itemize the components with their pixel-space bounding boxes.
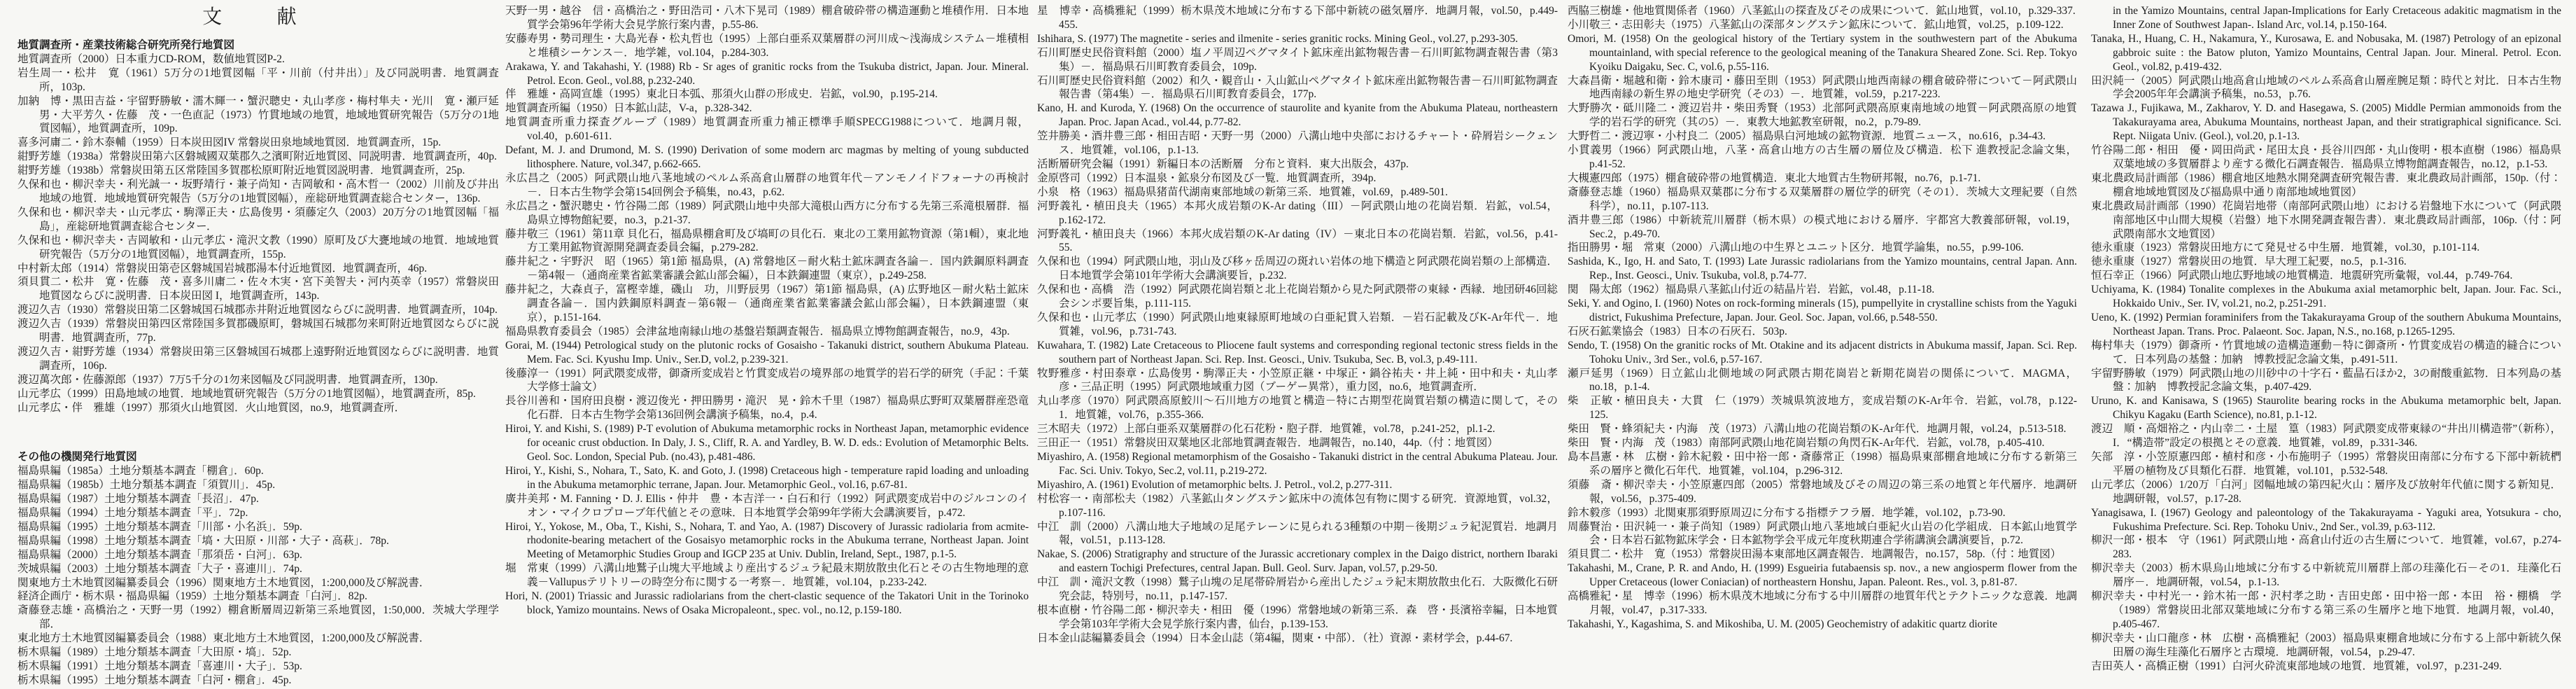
reference-entry: 大森昌衛・堀越和衛・鈴木康司・藤田至則（1953）阿武隈山地西南縁の棚倉破砕帯に… (1568, 74, 2077, 102)
column-4: 西脇三樹雄・他地質関係者（1960）八茎鉱山の探査及びその成果について．鉱山地質… (1568, 0, 2077, 689)
reference-entry: 久保和也・柳沢幸夫・吉岡敏和・山元孝広・滝沢文教（1990）原町及び大甕地域の地… (17, 234, 499, 262)
reference-entry: Gorai, M. (1944) Petrological study on t… (505, 339, 1029, 367)
reference-entry: 長谷川善和・国府田良樹・渡辺俊光・押田勝男・滝沢 晃・鈴木千里（1987）福島県… (505, 394, 1029, 422)
reference-entry: 岩生周一・松井 寛（1961）5万分の1地質図幅「平・川前（付井出）」及び同説明… (17, 67, 499, 95)
reference-entry: 星 博幸・高橋雅紀（1999）栃木県茂木地域に分布する下部中新統の磁気層序．地調… (1037, 4, 1558, 32)
reference-entry: 地質調査所（2000）日本重力CD-ROM，数値地質図P-2. (17, 53, 499, 67)
reference-entry: 福島県教育委員会（1985）会津盆地南縁山地の基盤岩類調査報告．福島県立博物館調… (505, 325, 1029, 339)
reference-entry: 三田正一（1951）常磐炭田双葉地区北部地質調査報告．地調報告，no.140，4… (1037, 436, 1558, 450)
reference-entry: 伴 雅雄・高岡宣雄（1995）東北日本弧、那須火山群の形成史．岩鉱，vol.90… (505, 88, 1029, 102)
reference-entry: 須貝貫二・松井 寛・佐藤 茂・喜多川庸二・佐々木実・宮下美智夫・河内英幸（195… (17, 275, 499, 303)
reference-entry: Nakae, S. (2006) Stratigraphy and struct… (1037, 548, 1558, 576)
reference-entry: 小貫義男（1966）阿武隈山地，八茎・高倉山地方の古生層の層位及び構造．松下 進… (1568, 144, 2077, 172)
reference-entry: 須貝貫二・松井 寛（1953）常磐炭田湯本東部地区調査報告．地調報告，no.15… (1568, 548, 2077, 562)
reference-entry: 村松容一・南部松夫（1982）八茎鉱山タングステン鉱床中の流体包有物に関する研究… (1037, 492, 1558, 520)
column-5: in the Yamizo Mountains, central Japan-I… (2091, 0, 2561, 689)
reference-entry: 地質調査所重力探査グループ（1989）地質調査所重力補正標準手順SPECG198… (505, 116, 1029, 144)
reference-entry: 渡辺久吉・紺野芳雄（1934）常磐炭田第三区磐城国石城郡上遠野附近地質図ならびに… (17, 345, 499, 373)
reference-entry: 鈴木毅彦（1993）北関東那須野原周辺に分布する指標テフラ層．地学雑，vol.1… (1568, 506, 2077, 520)
reference-entry: 廣井美邦・M. Fanning・D. J. Ellis・仲井 豊・本吉洋一・白石… (505, 492, 1029, 520)
reference-entry: 柳沢一郎・根本 守（1961）阿武隈山地・高倉山付近の古生層について．地質雑，v… (2091, 534, 2561, 562)
reference-entry: 福島県編（2000）土地分類基本調査「那須岳・白河」．63p. (17, 548, 499, 562)
column-2: 天野一男・越谷 信・高橋治之・野田浩司・八木下晃司（1989）棚倉破砕帯の構造運… (505, 0, 1029, 689)
reference-entry: 福島県編（1985b）土地分類基本調査「須賀川」．45p. (17, 478, 499, 492)
reference-entry: 大槻憲四郎（1975）棚倉破砕帯の地質構造．東北大地質古生物研邦報，no.76，… (1568, 172, 2077, 186)
reference-entry: 斎藤登志雄（1960）福島県双葉郡に分布する双葉層群の層位学的研究（その1）．茨… (1568, 186, 2077, 214)
reference-entry: 渡辺久吉（1939）常磐炭田第四区常陸国多賀郡磯原町，磐城国石城郡勿来町附近地質… (17, 317, 499, 345)
reference-entry: 山元孝広（1999）田島地域の地質．地域地質研究報告（5万分の1地質図幅），地質… (17, 387, 499, 401)
reference-entry: 久保和也・柳沢幸夫・利光誠一・坂野靖行・兼子尚知・吉岡敏和・高木哲一（2002）… (17, 178, 499, 206)
reference-entry: 藤井紀之・宇野沢 昭（1965）第1節 福島県，(A) 常磐地区－耐火粘土鉱床調… (505, 255, 1029, 283)
reference-entry: Takahashi, M., Crane, P. R. and Ando, H.… (1568, 562, 2077, 590)
reference-entry: 福島県編（1995）土地分類基本調査「川部・小名浜」．59p. (17, 520, 499, 534)
reference-entry: 福島県編（1985a）土地分類基本調査「棚倉」．60p. (17, 464, 499, 478)
reference-entry: 東北農政局計画部（1990）花崗岩地帯（南部阿武隈山地）における岩盤地下水につい… (2091, 200, 2561, 242)
reference-entry: Defant, M. J. and Drumond, M. S. (1990) … (505, 144, 1029, 172)
column-1: 文 献地質調査所・産業技術総合研究所発行地質図地質調査所（2000）日本重力CD… (17, 0, 499, 689)
reference-entry-continuation: in the Yamizo Mountains, central Japan-I… (2091, 4, 2561, 32)
reference-entry: 東北農政局計画部（1986）棚倉地区地熱水開発調査研究報告書．東北農政局計画部，… (2091, 172, 2561, 200)
page-title: 文 献 (17, 7, 499, 28)
reference-entry: 栃木県編（1991）土地分類基本調査「喜連川・大子」．53p. (17, 660, 499, 674)
reference-entry: 柳沢幸夫・山口龍彦・林 広樹・高橋雅紀（2003）福島県東棚倉地域に分布する上部… (2091, 632, 2561, 660)
reference-entry: 宇留野勝敏（1979）阿武隈山地の川砂中の十字石・藍晶石ほか2，3の耐酸重鉱物．… (2091, 367, 2561, 395)
reference-entry: 柳沢幸夫・中村光一・鈴木祐一郎・沢村孝之助・吉田史郎・田中裕一郎・本田 裕・棚橋… (2091, 590, 2561, 632)
reference-entry: Hiroi, Y., Yokose, M., Oba, T., Kishi, S… (505, 520, 1029, 562)
reference-entry: 藤井敬三（1961）第11章 貝化石，福島県棚倉町及び塙町の貝化石．東北の工業用… (505, 228, 1029, 256)
reference-entry: 柴 正敏・植田良夫・大貫 仁（1979）茨城県筑波地方，変成岩類のK-Ar年令．… (1568, 394, 2077, 422)
reference-entry: 矢部 淳・小笠原憲四郎・植村和彦・小布施明子（1995）常磐炭田南部に分布する下… (2091, 450, 2561, 478)
reference-entry: 福島県編（1994）土地分類基本調査「平」．72p. (17, 506, 499, 520)
reference-entry: 島本昌憲・林 広樹・鈴木紀毅・田中裕一郎・斎藤常正（1998）福島県東部棚倉地域… (1568, 450, 2077, 478)
reference-entry: Sendo, T. (1958) On the granitic rocks o… (1568, 339, 2077, 367)
reference-entry: 久保和也（1994）阿武隈山地，羽山及び移ヶ岳周辺の斑れい岩体の地下構造と阿武隈… (1037, 255, 1558, 283)
reference-entry: 東北地方土木地質図編纂委員会（1988）東北地方土木地質図，1:200,000及… (17, 632, 499, 646)
reference-entry: 吉田英人・高橋正樹（1991）白河火砕流東部地域の地質．地質雑，vol.97，p… (2091, 660, 2561, 674)
reference-entry: 柴田 賢・蜂須紀夫・内海 茂（1973）八溝山地の花崗岩類のK-Ar年代．地調月… (1568, 422, 2077, 436)
reference-entry: Arakawa, Y. and Takahashi, Y. (1988) Rb … (505, 60, 1029, 88)
reference-entry: 徳永重康（1923）常磐炭田地方にて発見せる中生層．地質雑，vol.30，p.1… (2091, 241, 2561, 255)
reference-entry: 斎藤登志雄・高橋治之・天野一男（1992）棚倉断層周辺新第三系地質図，1:50,… (17, 604, 499, 632)
reference-entry: 指田勝男・堀 常東（2000）八溝山地の中生界とユニット区分．地質学論集，no.… (1568, 241, 2077, 255)
reference-entry: 柴田 賢・内海 茂（1983）南部阿武隈山地花崗岩類の角閃石K-Ar年代．岩鉱，… (1568, 436, 2077, 450)
reference-entry: 小泉 格（1963）福島県猪苗代湖南東部地域の新第三系．地質雑，vol.69，p… (1037, 186, 1558, 200)
reference-entry: Hori, N. (2001) Triassic and Jurassic ra… (505, 590, 1029, 618)
reference-entry: Omori, M. (1958) On the geological histo… (1568, 32, 2077, 74)
reference-entry: 関東地方土木地質図編纂委員会（1996）関東地方土木地質図，1:200,000及… (17, 576, 499, 590)
reference-entry: Miyashiro, A. (1961) Evolution of metamo… (1037, 478, 1558, 492)
reference-entry: 河野義礼・植田良夫（1965）本邦火成岩類のK-Ar dating（III）－阿… (1037, 200, 1558, 228)
reference-entry: 久保和也・山元孝広（1990）阿武隈山地東縁原町地域の白亜紀貫入岩類．－岩石記載… (1037, 311, 1558, 339)
reference-entry: 石灰石鉱業協会（1983）日本の石灰石．503p. (1568, 325, 2077, 339)
reference-entry: 天野一男・越谷 信・高橋治之・野田浩司・八木下晃司（1989）棚倉破砕帯の構造運… (505, 4, 1029, 32)
reference-entry: Ishihara, S. (1977) The magnetite - seri… (1037, 32, 1558, 46)
reference-entry: 山元孝広・伴 雅雄（1997）那須火山地質図．火山地質図，no.9，地質調査所． (17, 401, 499, 415)
reference-entry: 高橋雅紀・星 博幸（1996）栃木県茂木地域に分布する中川層群の地質年代とテクト… (1568, 590, 2077, 618)
reference-entry: 地質調査所編（1950）日本鉱山誌，V-a，p.328-342. (505, 102, 1029, 116)
reference-entry: 中江 訓（2000）八溝山地大子地域の足尾テレーンに見られる3種類の中期－後期ジ… (1037, 520, 1558, 548)
reference-entry: 金原啓司（1992）日本温泉・鉱泉分布図及び一覧．地質調査所，394p. (1037, 172, 1558, 186)
reference-entry: 田沢純一（2005）阿武隈山地高倉山地域のペルム系高倉山層産腕足類：時代と対比．… (2091, 74, 2561, 102)
reference-entry: 笠井勝美・酒井豊三郎・相田吉昭・天野一男（2000）八溝山地中央部におけるチャー… (1037, 130, 1558, 158)
reference-entry: 中江 訓・滝沢文教（1998）鷲子山塊の足尾帯砕屑岩から産出したジュラ紀末期放散… (1037, 576, 1558, 604)
reference-entry: Uruno, K. and Kanisawa, S (1965) Staurol… (2091, 394, 2561, 422)
reference-entry: 活断層研究会編（1991）新編日本の活断層 分布と資料．東大出版会，437p. (1037, 158, 1558, 172)
reference-entry: Ueno, K. (1992) Permian foraminifers fro… (2091, 311, 2561, 339)
reference-entry: 喜多河庸二・鈴木泰輔（1959）日本炭田図IV 常磐炭田泉地域地質図．地質調査所… (17, 136, 499, 150)
reference-entry: 丸山孝彦（1970）阿武隈高原鮫川～石川地方の地質と構造－特に古期型花崗質岩類の… (1037, 394, 1558, 422)
reference-entry: 久保和也・柳沢幸夫・山元孝広・駒澤正夫・広島俊男・須藤定久（2003）20万分の… (17, 206, 499, 234)
reference-entry: Tanaka, H., Huang, C. H., Nakamura, Y., … (2091, 32, 2561, 74)
reference-entry: 竹谷陽二郎・相田 優・岡田尚武・尾田太良・長谷川四郎・丸山俊明・根本直樹（198… (2091, 144, 2561, 172)
reference-entry: 堀 常東（1999）八溝山地鷲子山塊大平地域より産出するジュラ紀最末期放散虫化石… (505, 562, 1029, 590)
reference-entry: 渡辺 順・高畑裕之・内山幸二・土屋 篁（1983）阿武隈変成帯東縁の“井出川構造… (2091, 422, 2561, 450)
reference-entry: 恒石幸正（1966）阿武隈山地広野地域の地質構造．地震研究所彙報，vol.44，… (2091, 269, 2561, 283)
reference-entry: 久保和也・高橋 浩（1992）阿武隈花崗岩類と北上花崗岩類から見た阿武隈帯の東縁… (1037, 283, 1558, 311)
reference-entry: Kano, H. and Kuroda, Y. (1968) On the oc… (1037, 102, 1558, 130)
reference-entry: 永広昌之・蟹沢聰史・竹谷陽二郎（1989）阿武隈山地中央部大滝根山西方に分布する… (505, 200, 1029, 228)
reference-entry: Hiroi, Y., Kishi, S., Nohara, T., Sato, … (505, 464, 1029, 492)
reference-entry: 山元孝広（2006）1/20万「白河」図幅地域の第四紀火山：層序及び放射年代値に… (2091, 478, 2561, 506)
reference-entry: 栃木県編（1995）土地分類基本調査「白河・棚倉」．45p. (17, 674, 499, 688)
reference-entry: 三木昭夫（1972）上部白亜系双葉層群の化石花粉・胞子群．地質雑，vol.78，… (1037, 422, 1558, 436)
reference-entry: 大野勝次・砥川隆二・渡辺岩井・柴田秀賢（1953）北部阿武隈高原東南地域の地質－… (1568, 102, 2077, 130)
reference-entry: 安藤寿男・勢司理生・大島光春・松丸哲也（1995）上部白亜系双葉層群の河川成～浅… (505, 32, 1029, 60)
section-heading: 地質調査所・産業技術総合研究所発行地質図 (17, 39, 499, 53)
reference-entry: 牧野雅彦・村田泰章・広島俊男・駒澤正夫・小笠原正継・中塚正・鍋谷祐夫・井上純・田… (1037, 367, 1558, 395)
reference-entry: Takahashi, Y., Kagashima, S. and Mikoshi… (1568, 618, 2077, 632)
reference-entry: 小川敬三・志田彰夫（1975）八茎鉱山の深部タングステン鉱床について．鉱山地質，… (1568, 18, 2077, 32)
reference-entry: 日本金山誌編纂委員会（1994）日本金山誌（第4編，関東・中部）．（社）資源・素… (1037, 632, 1558, 646)
reference-entry: 石川町歴史民俗資料館（2002）和久・観音山・入山鉱山ペグマタイト鉱床産出鉱物報… (1037, 74, 1558, 102)
reference-entry: Kuwahara, T. (1982) Late Cretaceous to P… (1037, 339, 1558, 367)
section-heading: その他の機関発行地質図 (17, 450, 499, 464)
reference-entry: 加納 博・黒田吉益・宇留野勝敏・濡木輝一・蟹沢聰史・丸山孝彦・梅村隼夫・光川 寛… (17, 95, 499, 137)
reference-entry: 大野哲二・渡辺寧・小村良二（2005）福島県白河地域の鉱物資源．地質ニュース，n… (1568, 130, 2077, 144)
column-3: 星 博幸・高橋雅紀（1999）栃木県茂木地域に分布する下部中新統の磁気層序．地調… (1037, 0, 1558, 689)
reference-entry: Tazawa J., Fujikawa, M., Zakharov, Y. D.… (2091, 102, 2561, 144)
reference-entry: 周藤賢治・田沢純一・兼子尚知（1989）阿武隈山地八茎地域白亜紀火山岩の化学組成… (1568, 520, 2077, 548)
reference-entry: 茨城県編（2003）土地分類基本調査「大子・喜連川」．74p. (17, 562, 499, 576)
reference-entry: 西脇三樹雄・他地質関係者（1960）八茎鉱山の探査及びその成果について．鉱山地質… (1568, 4, 2077, 18)
reference-entry: 河野義礼・植田良夫（1966）本邦火成岩類のK-Ar dating（IV）－東北… (1037, 228, 1558, 256)
reference-entry: Uchiyama, K. (1984) Tonalite complexes i… (2091, 283, 2561, 311)
reference-entry: 紺野芳雄（1938a）常磐炭田第六区磐城國双葉郡久之濱町附近地質図、同説明書．地… (17, 150, 499, 164)
reference-entry: 根本直樹・竹谷陽二郎・柳沢幸夫・相田 優（1996）常磐地域の新第三系．森 啓・… (1037, 604, 1558, 632)
reference-entry: 石川町歴史民俗資料館（2000）塩ノ平周辺ペグマタイト鉱床産出鉱物報告書－石川町… (1037, 46, 1558, 74)
reference-entry: 福島県編（1987）土地分類基本調査「長沼」．47p. (17, 492, 499, 506)
reference-entry: 柳沢幸夫（2003）栃木県烏山地域に分布する中新統荒川層群上部の珪藻化石－その1… (2091, 562, 2561, 590)
reference-entry: 須藤 斎・柳沢幸夫・小笠原憲四郎（2005）常磐地域及びその周辺の第三系の地質と… (1568, 478, 2077, 506)
reference-entry: Hiroi, Y. and Kishi, S. (1989) P-T evolu… (505, 422, 1029, 464)
reference-entry: Seki, Y. and Ogino, I. (1960) Notes on r… (1568, 297, 2077, 325)
reference-entry: Sashida, K., Igo, H. and Sato, T. (1993)… (1568, 255, 2077, 283)
reference-entry: 梅村隼夫（1979）御斎所・竹貫地域の造構造運動－特に御斎所・竹貫変成岩の構造的… (2091, 339, 2561, 367)
references-page: 文 献地質調査所・産業技術総合研究所発行地質図地質調査所（2000）日本重力CD… (0, 0, 2576, 689)
reference-entry: Yanagisawa, I. (1967) Geology and paleon… (2091, 506, 2561, 534)
reference-entry: 福島県編（1998）土地分類基本調査「塙・大田原・川部・大子・高萩」．78p. (17, 534, 499, 548)
reference-entry: 藤井紀之，大森貞子，富樫幸雄，磯山 功，川野辰男（1967）第1節 福島県，(A… (505, 283, 1029, 325)
reference-entry: 徳永重康（1927）常磐炭田の地質．早大理工紀要，no.5，p.1-316. (2091, 255, 2561, 269)
reference-entry: 渡辺萬次郎・佐藤源郎（1937）7万5千分の1勿来図幅及び同説明書．地質調査所，… (17, 373, 499, 387)
reference-entry: 酒井豊三郎（1986）中新統荒川層群（栃木県）の模式地における層序．宇都宮大教養… (1568, 214, 2077, 242)
reference-entry: 関 陽太郎（1962）福島県八茎鉱山付近の結晶片岩．岩鉱，vol.48，p.11… (1568, 283, 2077, 297)
reference-entry: 中村新太郎（1914）常磐炭田第壱区磐城国岩城郡湯本付近地質図．地質調査所，46… (17, 262, 499, 276)
reference-entry: 永広昌之（2005）阿武隈山地八茎地域のペルム系高倉山層群の地質年代－アンモノイ… (505, 172, 1029, 200)
reference-entry: 経済企画庁・栃木県・福島県編（1959）土地分類基本調査「白河」．82p. (17, 590, 499, 604)
reference-entry: 瀬戸延男（1969）日立鉱山北側地域の阿武隈古期花崗岩と新期花崗岩の関係について… (1568, 367, 2077, 395)
reference-entry: 紺野芳雄（1938b）常磐炭田第五区常陸国多賀郡松原町附近地質図説明書．地質調査… (17, 164, 499, 178)
section-spacer (17, 426, 499, 440)
reference-entry: 栃木県編（1989）土地分類基本調査「大田原・塙」．52p. (17, 646, 499, 660)
reference-entry: 渡辺久吉（1930）常磐炭田第二区磐城国石城郡赤井附近地質図ならびに説明書．地質… (17, 303, 499, 317)
reference-entry: Miyashiro, A. (1958) Regional metamorphi… (1037, 450, 1558, 478)
reference-entry: 後藤淳一（1991）阿武隈変成帯，御斎所変成岩と竹貫変成岩の境界部の地質学的岩石… (505, 367, 1029, 395)
